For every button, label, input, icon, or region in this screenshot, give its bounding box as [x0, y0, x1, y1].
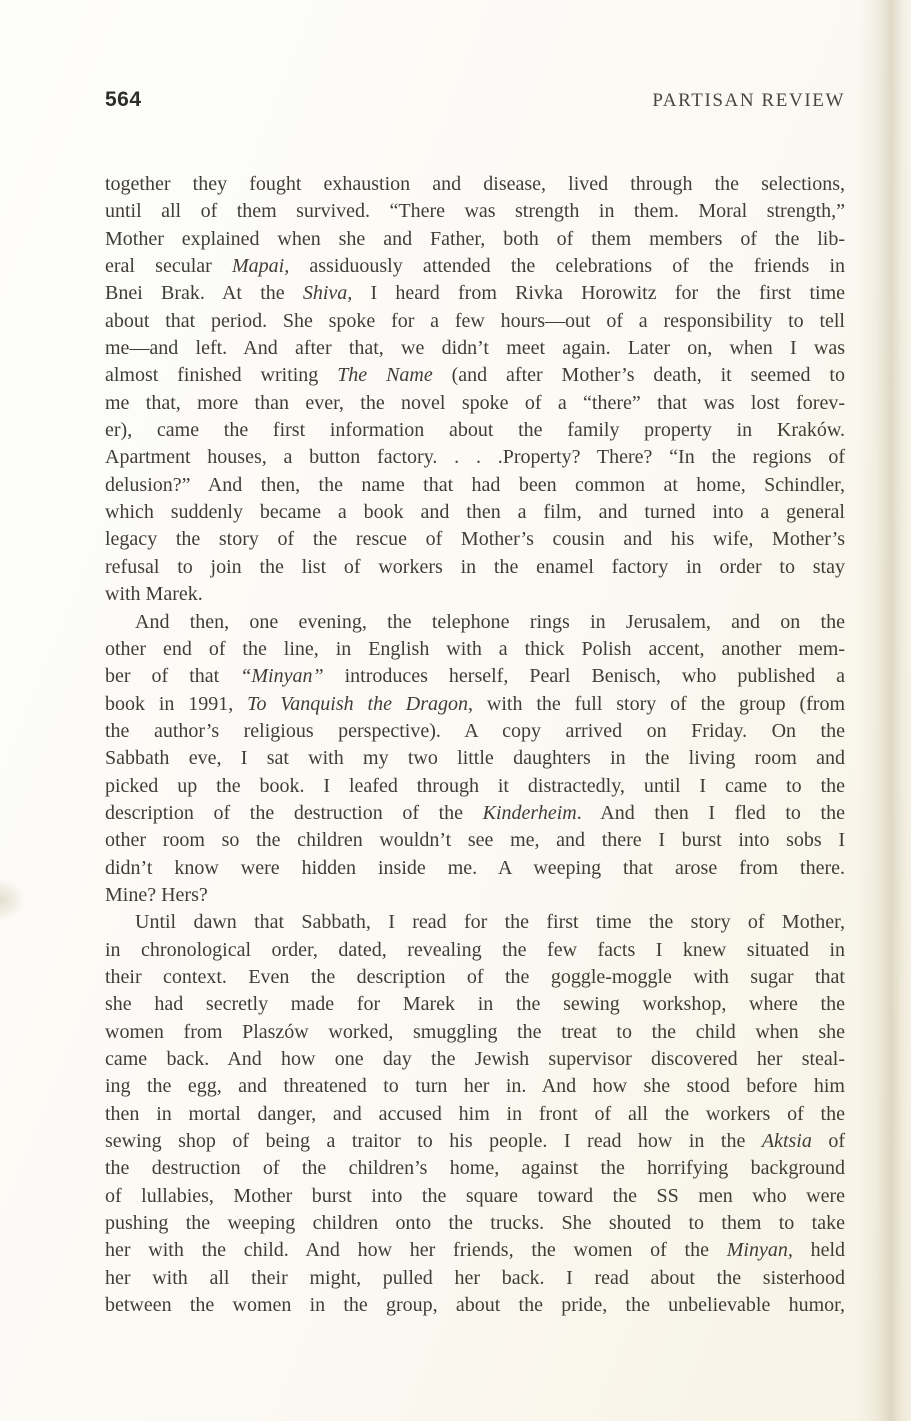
- text-line: between the women in the group, about th…: [105, 1292, 845, 1319]
- text-line: then in mortal danger, and accused him i…: [105, 1101, 845, 1128]
- text-line: she had secretly made for Marek in the s…: [105, 991, 845, 1018]
- text-line: Sabbath eve, I sat with my two little da…: [105, 745, 845, 772]
- text-line: other end of the line, in English with a…: [105, 636, 845, 663]
- text-line: her with the child. And how her friends,…: [105, 1237, 845, 1264]
- text-line: me—and left. And after that, we didn’t m…: [105, 335, 845, 362]
- text-line: And then, one evening, the telephone rin…: [105, 609, 845, 636]
- text-line: until all of them survived. “There was s…: [105, 198, 845, 225]
- text-line: Mine? Hers?: [105, 882, 845, 909]
- text-line: the destruction of the children’s home, …: [105, 1155, 845, 1182]
- text-line: in chronological order, dated, revealing…: [105, 937, 845, 964]
- text-line: didn’t know were hidden inside me. A wee…: [105, 855, 845, 882]
- text-line: of lullabies, Mother burst into the squa…: [105, 1183, 845, 1210]
- body-text: together they fought exhaustion and dise…: [105, 171, 845, 1319]
- text-line: Apartment houses, a button factory. . . …: [105, 444, 845, 471]
- text-line: picked up the book. I leafed through it …: [105, 773, 845, 800]
- text-line: Until dawn that Sabbath, I read for the …: [105, 909, 845, 936]
- text-line: Mother explained when she and Father, bo…: [105, 226, 845, 253]
- text-line: almost finished writing The Name (and af…: [105, 362, 845, 389]
- text-line: other room so the children wouldn’t see …: [105, 827, 845, 854]
- text-line: pushing the weeping children onto the tr…: [105, 1210, 845, 1237]
- scanned-book-page: 564 PARTISAN REVIEW together they fought…: [0, 0, 911, 1421]
- text-line: came back. And how one day the Jewish su…: [105, 1046, 845, 1073]
- text-line: with Marek.: [105, 581, 845, 608]
- text-line: which suddenly became a book and then a …: [105, 499, 845, 526]
- text-line: women from Plaszów worked, smuggling the…: [105, 1019, 845, 1046]
- text-line: the author’s religious perspective). A c…: [105, 718, 845, 745]
- text-line: sewing shop of being a traitor to his pe…: [105, 1128, 845, 1155]
- journal-title: PARTISAN REVIEW: [652, 90, 845, 112]
- page-number: 564: [105, 88, 142, 112]
- text-line: her with all their might, pulled her bac…: [105, 1265, 845, 1292]
- text-line: Bnei Brak. At the Shiva, I heard from Ri…: [105, 280, 845, 307]
- text-line: together they fought exhaustion and dise…: [105, 171, 845, 198]
- text-line: legacy the story of the rescue of Mother…: [105, 526, 845, 553]
- text-line: me that, more than ever, the novel spoke…: [105, 390, 845, 417]
- text-line: their context. Even the description of t…: [105, 964, 845, 991]
- text-line: refusal to join the list of workers in t…: [105, 554, 845, 581]
- scan-edge-smudge: [0, 878, 26, 922]
- scan-edge-shadow: [859, 0, 911, 1421]
- page-header: 564 PARTISAN REVIEW: [105, 88, 845, 112]
- text-line: er), came the first information about th…: [105, 417, 845, 444]
- text-line: ing the egg, and threatened to turn her …: [105, 1073, 845, 1100]
- text-line: eral secular Mapai, assiduously attended…: [105, 253, 845, 280]
- text-line: book in 1991, To Vanquish the Dragon, wi…: [105, 691, 845, 718]
- text-line: ber of that “Minyan” introduces herself,…: [105, 663, 845, 690]
- text-line: delusion?” And then, the name that had b…: [105, 472, 845, 499]
- text-line: description of the destruction of the Ki…: [105, 800, 845, 827]
- text-line: about that period. She spoke for a few h…: [105, 308, 845, 335]
